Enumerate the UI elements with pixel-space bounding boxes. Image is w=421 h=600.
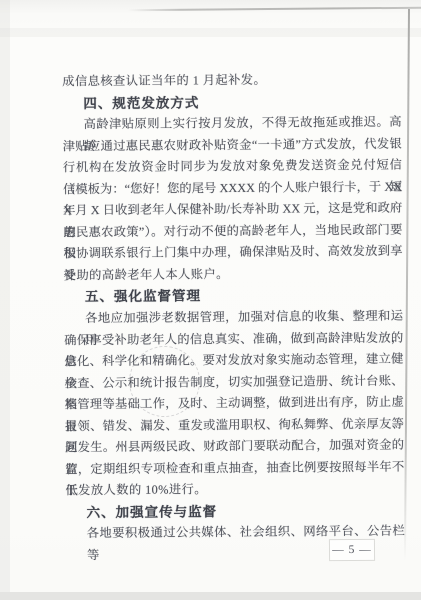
scan-left-streak [0,0,10,600]
text-line: 极协调联系银行上门集中办理，确保津贴及时、高效发放到享受 [63,241,402,265]
text-line: 各地应加强涉老数据管理，加强对信息的收集、整理和运用， [64,306,403,330]
text-line: 信模板为：“您好！您的尾号 XXXX 的个人账户银行卡，于 XX 年 [63,176,402,200]
text-line: 案管理等基础工作，及时、主动调整，做到进出有序，防止虚报、 [65,392,404,416]
scan-bottom-band [0,592,421,600]
text-line: 息化、科学化和精确化。要对发放对象实施动态管理，建立健全 [64,349,403,373]
text-line: X 月 X 日收到老年人保健补助/长寿补助 XX 元，这是党和政府的 [63,198,402,222]
text-line: 高龄津贴原则上实行按月发放，不得无故拖延或推迟。高龄 [62,112,401,136]
text-line: 惠民惠农政策”）。对行动不便的高龄老年人，当地民政部门要积 [63,219,402,243]
text-line: 津贴应通过惠民惠农财政补贴资金“一卡通”方式发放，代发银 [63,133,402,157]
scanned-document-page: 成信息核查认证当年的 1 月起补发。四、规范发放方式高龄津贴原则上实行按月发放，… [0,0,421,600]
text-line: 补助的高龄老年人本人账户。 [64,263,403,287]
section-heading: 四、规范发放方式 [62,90,401,114]
scan-top-edge-line [128,7,421,11]
text-line: 管，定期组织专项检查和重点抽查，抽查比例要按照每半年不低 [65,457,404,481]
text-line: 核查、公示和统计报告制度，切实加强登记造册、统计台账、档 [65,370,404,394]
section-heading: 六、加强宣传与监督 [66,500,405,524]
text-line: 题发生。州县两级民政、财政部门要联动配合，加强对资金的监 [65,435,404,459]
text-line: 于发放人数的 10%进行。 [65,478,404,502]
document-lines: 成信息核查认证当年的 1 月起补发。四、规范发放方式高龄津贴原则上实行按月发放，… [62,69,405,546]
scan-right-edge-line [404,9,410,561]
text-line: 确保享受补助老年人的信息真实、准确，做到高龄津贴发放的信 [64,327,403,351]
section-heading: 五、强化监督管理 [64,284,403,308]
scan-shadow-band [0,28,421,37]
page-number: — 5 — [329,539,375,561]
text-line: 冒领、错发、漏发、重发或滥用职权、徇私舞弊、优亲厚友等问 [65,413,404,437]
text-line: 成信息核查认证当年的 1 月起补发。 [62,69,401,93]
text-line: 行机构在发放资金时同步为发放对象免费发送资金兑付短信（短 [63,155,402,179]
